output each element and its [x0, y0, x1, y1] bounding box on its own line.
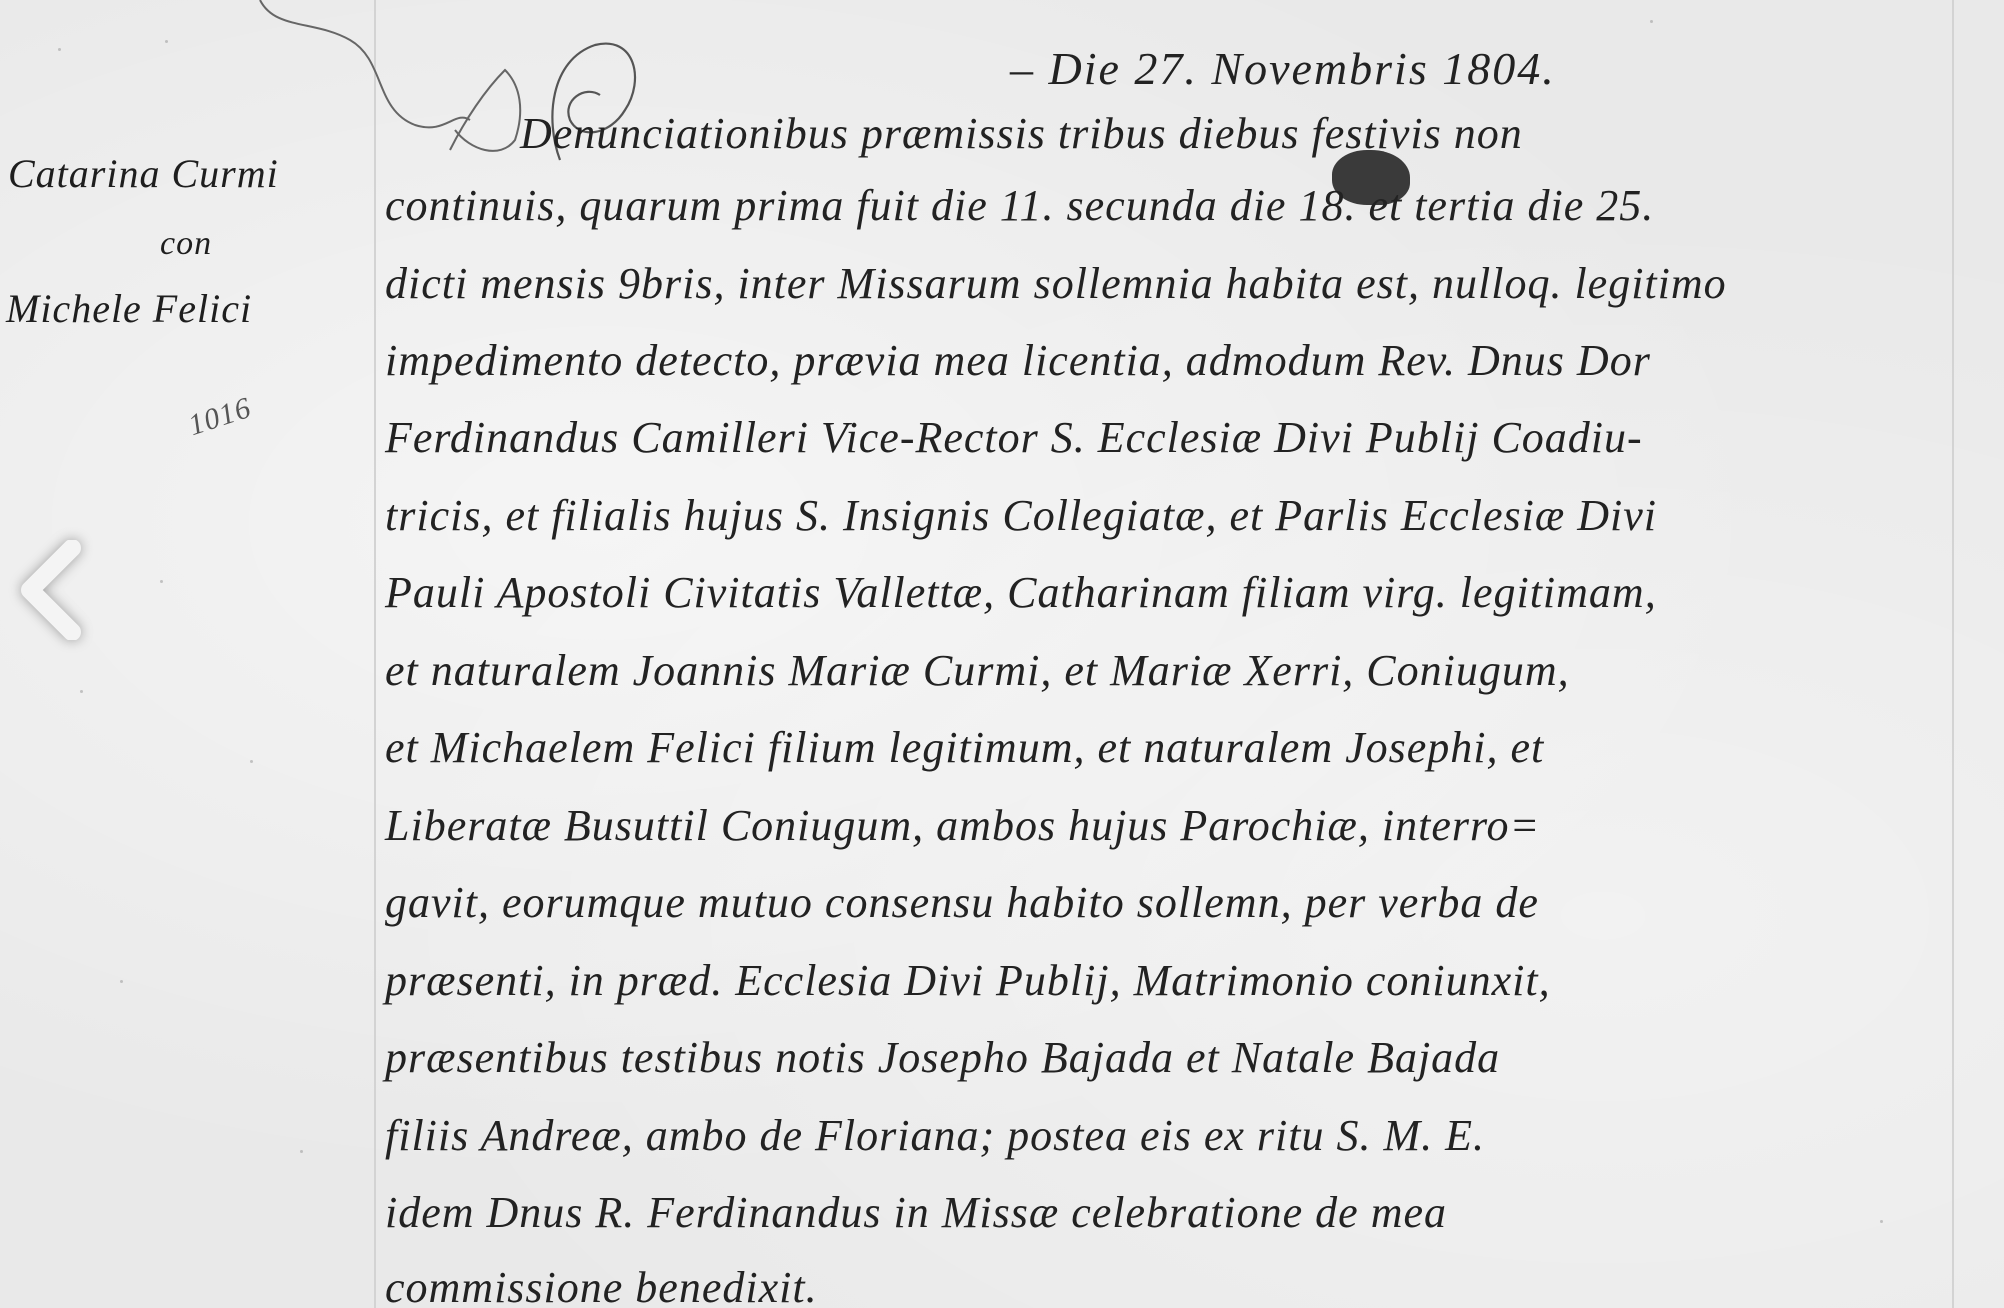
paper-speck	[1880, 1220, 1883, 1223]
paper-speck	[160, 580, 163, 583]
margin-con: con	[160, 225, 212, 263]
entry-date-heading: – Die 27. Novembris 1804.	[1010, 42, 1556, 95]
paper-speck	[250, 760, 253, 763]
text-line: et naturalem Joannis Mariæ Curmi, et Mar…	[385, 645, 1570, 696]
text-line: tricis, et filialis hujus S. Insignis Co…	[385, 490, 1657, 541]
margin-groom-name: Michele Felici	[6, 285, 252, 332]
text-line: Denunciationibus præmissis tribus diebus…	[520, 108, 1523, 159]
right-margin-rule	[1952, 0, 1954, 1308]
paper-speck	[80, 690, 83, 693]
text-line: filiis Andreæ, ambo de Floriana; postea …	[385, 1110, 1485, 1161]
text-line: et Michaelem Felici filium legitimum, et…	[385, 722, 1544, 773]
paper-speck	[120, 980, 123, 983]
paper-speck	[300, 1150, 303, 1153]
paper-speck	[1650, 20, 1653, 23]
manuscript-page: Catarina Curmi con Michele Felici 1016 –…	[0, 0, 2004, 1308]
text-line: præsenti, in præd. Ecclesia Divi Publij,…	[385, 955, 1551, 1006]
paper-speck	[165, 40, 168, 43]
text-line: Liberatæ Busuttil Coniugum, ambos hujus …	[385, 800, 1540, 851]
text-line: præsentibus testibus notis Josepho Bajad…	[385, 1032, 1500, 1083]
paper-speck	[58, 48, 61, 51]
chevron-left-icon	[14, 540, 84, 640]
previous-page-button[interactable]	[14, 540, 84, 640]
pen-flourish-scribble	[255, 0, 555, 160]
folio-number: 1016	[184, 391, 255, 443]
text-line: gavit, eorumque mutuo consensu habito so…	[385, 877, 1539, 928]
text-line: Ferdinandus Camilleri Vice-Rector S. Ecc…	[385, 412, 1643, 463]
text-line: dicti mensis 9bris, inter Missarum solle…	[385, 258, 1727, 309]
text-line: Pauli Apostoli Civitatis Vallettæ, Catha…	[385, 567, 1657, 618]
left-margin-rule	[374, 0, 376, 1308]
text-line: commissione benedixit.	[385, 1262, 818, 1308]
text-line: continuis, quarum prima fuit die 11. sec…	[385, 180, 1654, 231]
margin-bride-name: Catarina Curmi	[8, 150, 279, 197]
text-line: idem Dnus R. Ferdinandus in Missæ celebr…	[385, 1187, 1447, 1238]
text-line: impedimento detecto, prævia mea licentia…	[385, 335, 1651, 386]
